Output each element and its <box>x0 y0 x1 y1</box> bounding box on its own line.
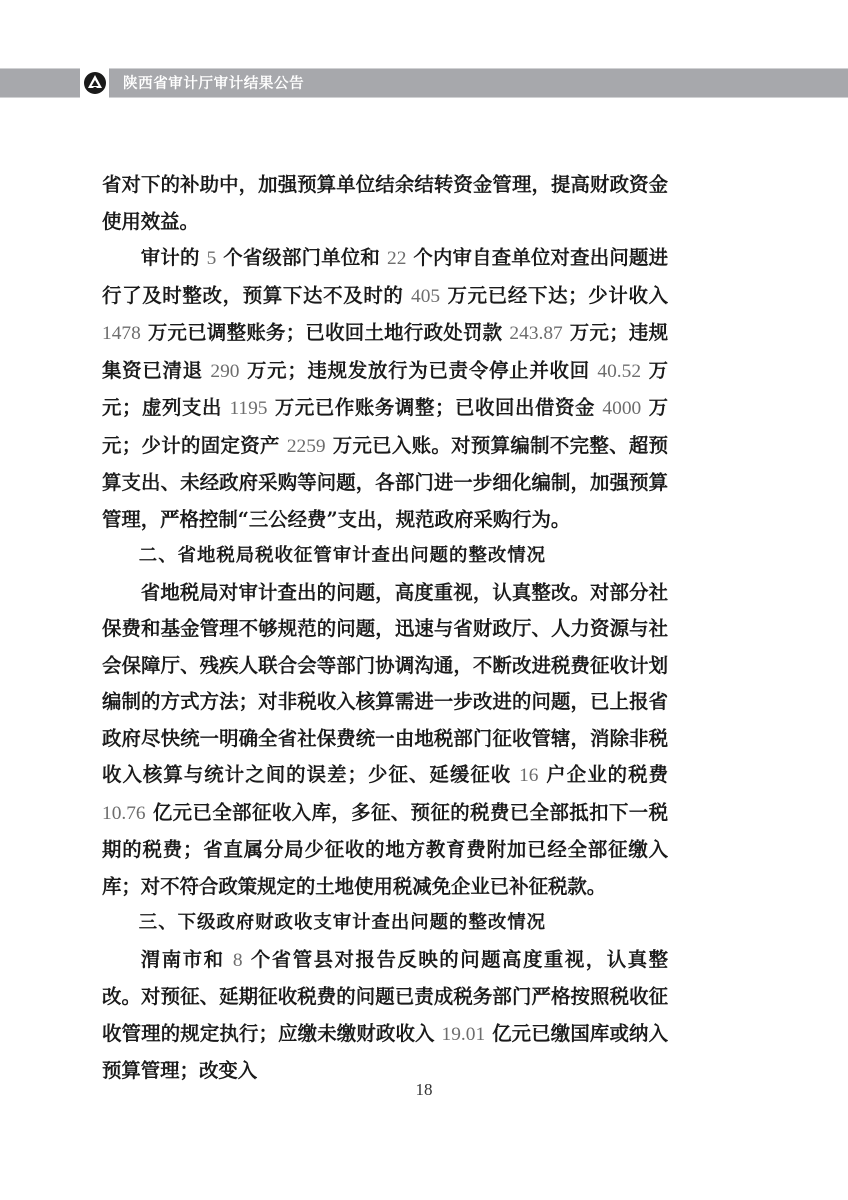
numeric-value: 1195 <box>229 398 267 419</box>
paragraph-3: 省地税局对审计查出的问题，高度重视，认真整改。对部分社保费和基金管理不够规范的问… <box>102 575 668 906</box>
numeric-value: 4000 <box>602 398 641 419</box>
numeric-value: 1478 <box>102 323 141 344</box>
section-heading-2: 二、省地税局税收征管审计查出问题的整改情况 <box>102 538 668 575</box>
numeric-value: 8 <box>233 950 243 971</box>
numeric-value: 10.76 <box>102 803 146 824</box>
header-bar-left <box>0 68 80 98</box>
audit-office-logo-icon <box>83 71 107 95</box>
paragraph-1: 省对下的补助中，加强预算单位结余结转资金管理，提高财政资金使用效益。 <box>102 167 668 240</box>
page-number: 18 <box>0 1080 848 1100</box>
numeric-value: 243.87 <box>509 323 562 344</box>
paragraph-2: 审计的 5 个省级部门单位和 22 个内审自查单位对查出问题进行了及时整改，预算… <box>102 240 668 538</box>
numeric-value: 19.01 <box>442 1024 486 1045</box>
paragraph-4: 渭南市和 8 个省管县对报告反映的问题高度重视，认真整改。对预征、延期征收税费的… <box>102 942 668 1090</box>
numeric-value: 40.52 <box>597 361 641 382</box>
numeric-value: 16 <box>519 765 538 786</box>
numeric-value: 290 <box>210 361 239 382</box>
numeric-value: 2259 <box>287 436 326 457</box>
numeric-value: 405 <box>411 286 440 307</box>
document-body: 省对下的补助中，加强预算单位结余结转资金管理，提高财政资金使用效益。 审计的 5… <box>102 167 668 1090</box>
numeric-value: 22 <box>387 248 406 269</box>
section-heading-3: 三、下级政府财政收支审计查出问题的整改情况 <box>102 905 668 942</box>
document-series-title: 陕西省审计厅审计结果公告 <box>123 74 304 94</box>
numeric-value: 5 <box>207 248 217 269</box>
